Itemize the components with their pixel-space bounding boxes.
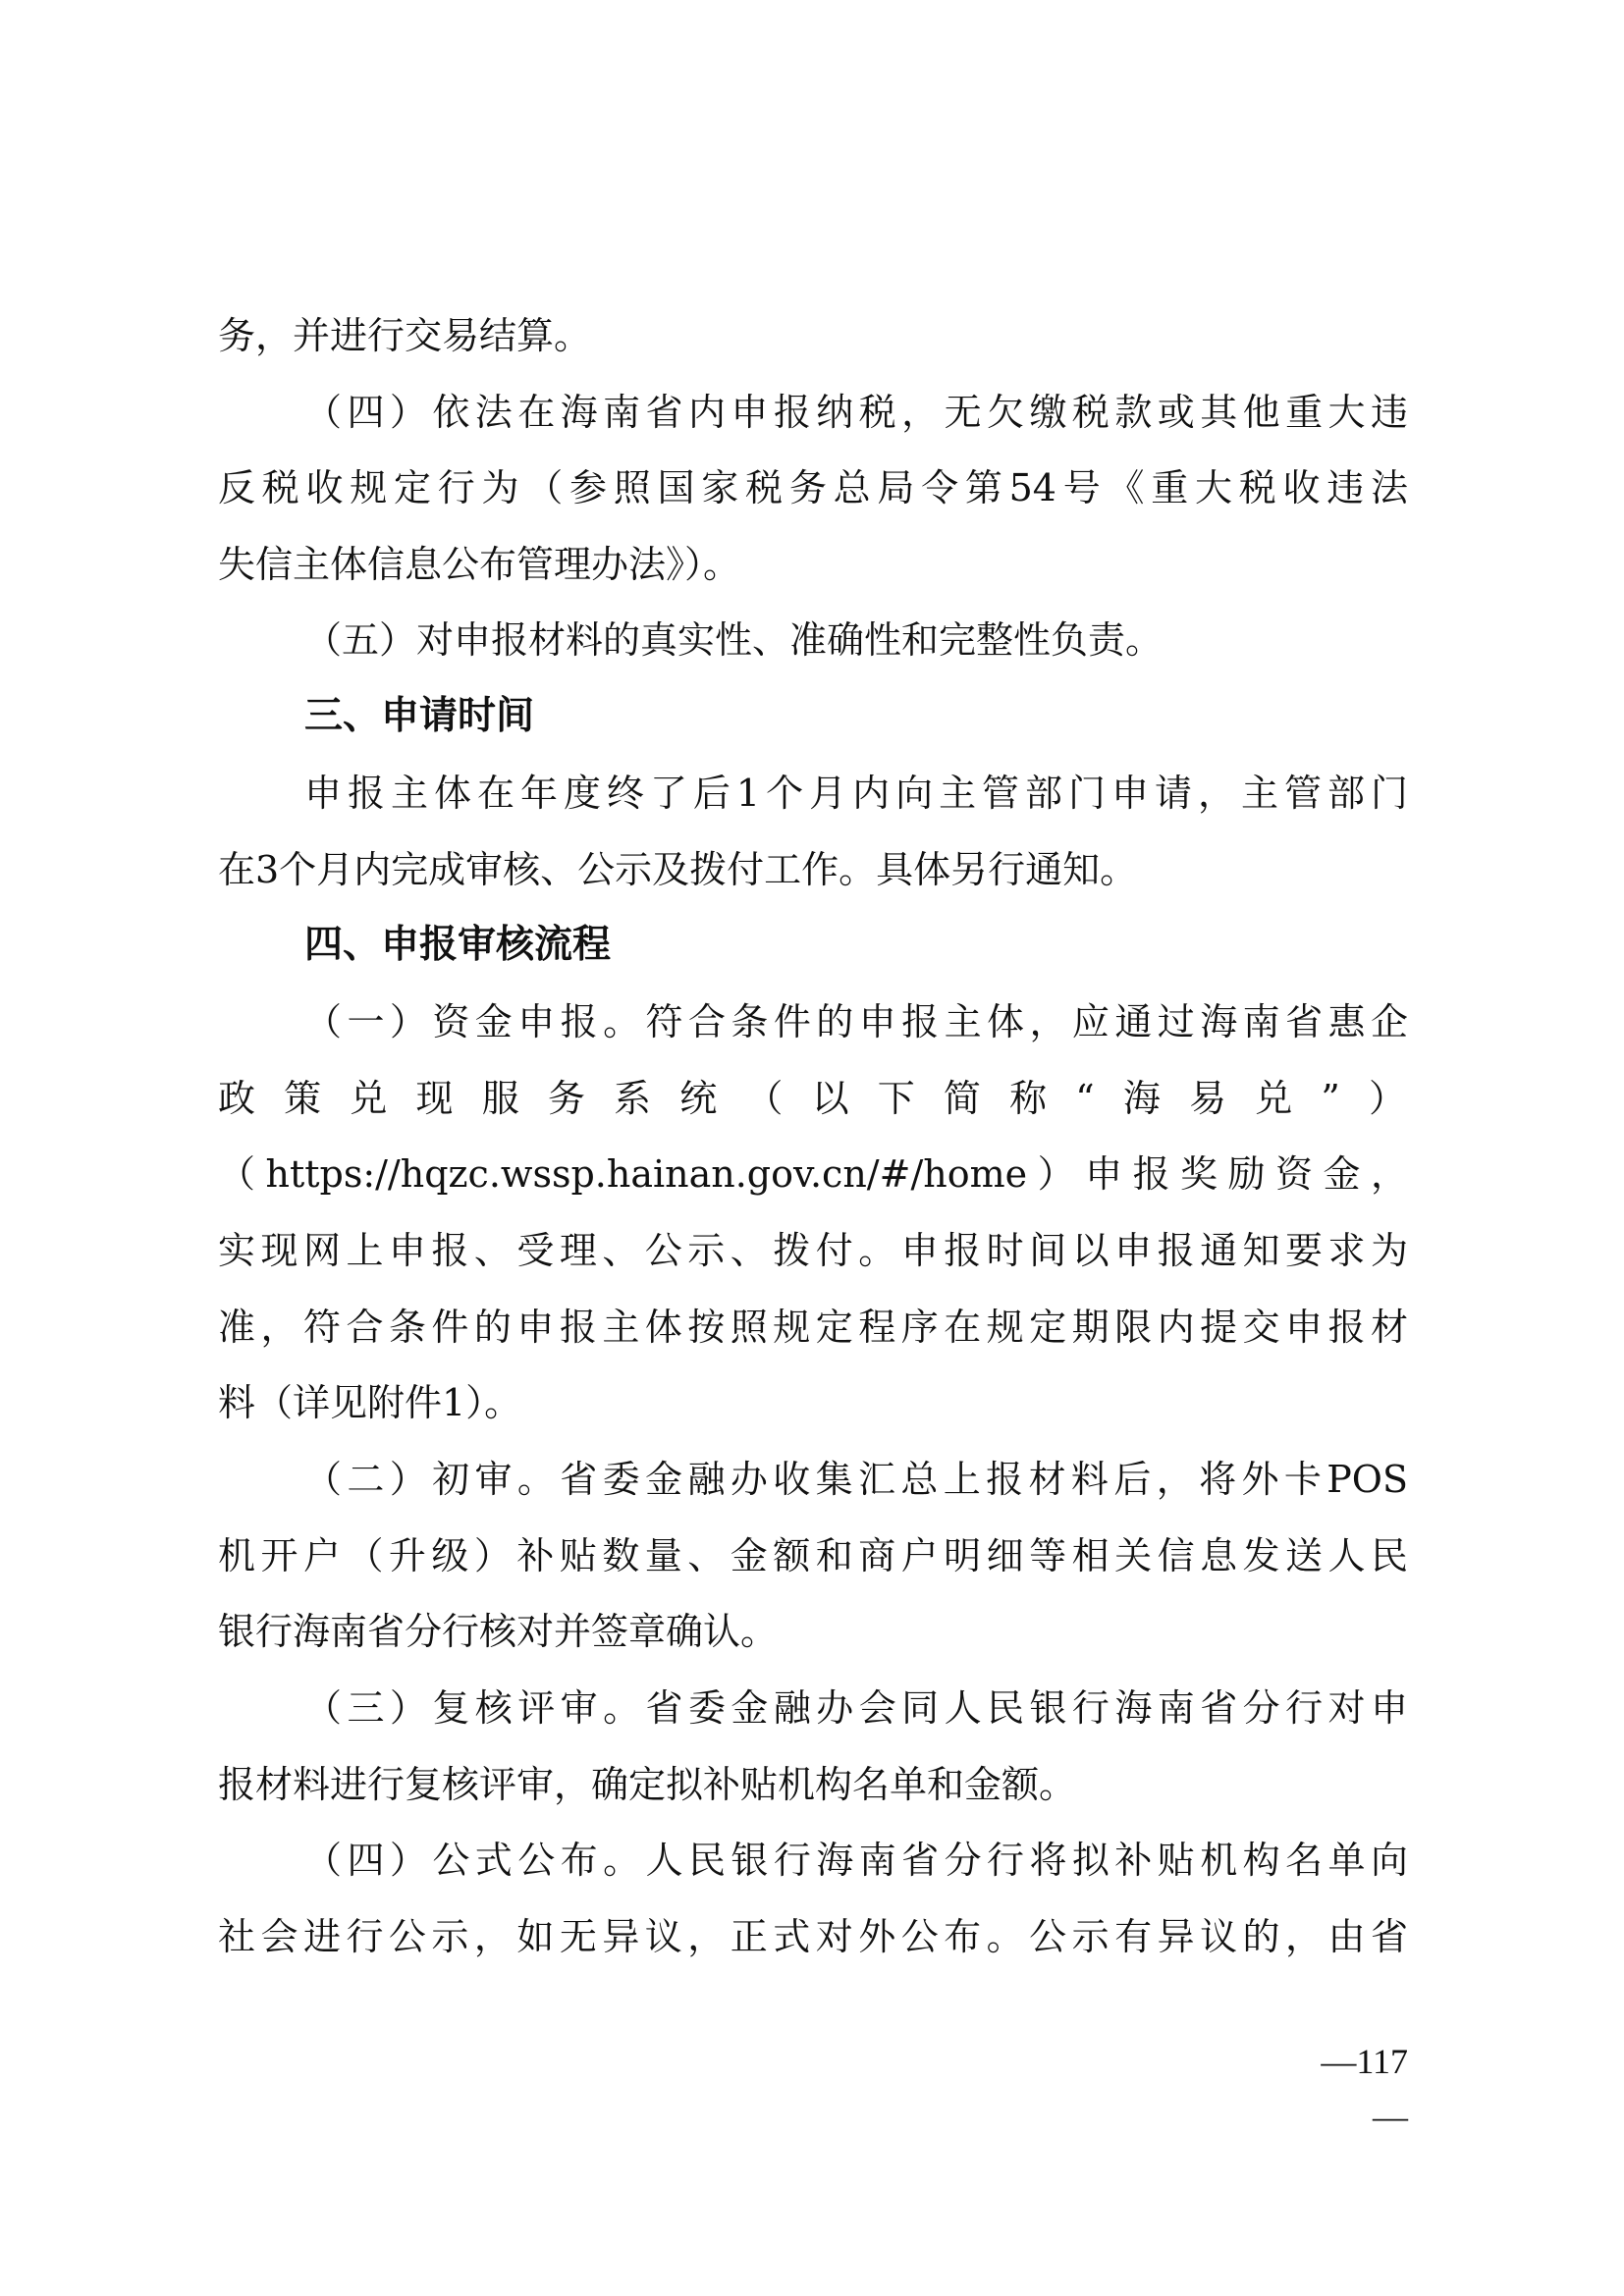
paragraph-start-line: （四）依法在海南省内申报纳税，无欠缴税款或其他重大违 — [218, 383, 1408, 442]
paragraph-start-line: （五）对申报材料的真实性、准确性和完整性负责。 — [218, 611, 1408, 669]
text-line: 务，并进行交易结算。 — [218, 306, 1408, 365]
text-line: 准，符合条件的申报主体按照规定程序在规定期限内提交申报材 — [218, 1298, 1408, 1357]
url-line: （https://hqzc.wssp.hainan.gov.cn/#/home）… — [218, 1145, 1408, 1203]
paragraph-start-line: （三）复核评审。省委金融办会同人民银行海南省分行对申 — [218, 1679, 1408, 1737]
paragraph-start-line: （一）资金申报。符合条件的申报主体，应通过海南省惠企 — [218, 992, 1408, 1051]
text-line: 社会进行公示，如无异议，正式对外公布。公示有异议的，由省 — [218, 1907, 1408, 1966]
text-line: 机开户（升级）补贴数量、金额和商户明细等相关信息发送人民 — [218, 1526, 1408, 1585]
text-line: 银行海南省分行核对并签章确认。 — [218, 1602, 1408, 1661]
section-heading-application-time: 三、申请时间 — [304, 687, 1286, 746]
text-line: 在3个月内完成审核、公示及拨付工作。具体另行通知。 — [218, 840, 1408, 899]
paragraph-start-line: 申报主体在年度终了后1个月内向主管部门申请，主管部门 — [218, 764, 1408, 823]
paragraph-start-line: （二）初审。省委金融办收集汇总上报材料后，将外卡POS — [218, 1450, 1408, 1509]
paragraph-start-line: （四）公式公布。人民银行海南省分行将拟补贴机构名单向 — [218, 1831, 1408, 1890]
text-line: 料（详见附件1）。 — [218, 1373, 1408, 1432]
text-line: 反税收规定行为（参照国家税务总局令第54号《重大税收违法 — [218, 458, 1408, 517]
document-page: 务，并进行交易结算。 （四）依法在海南省内申报纳税，无欠缴税款或其他重大违 反税… — [0, 0, 1624, 2296]
section-heading-review-process: 四、申报审核流程 — [304, 916, 1286, 975]
page-number: —117— — [1286, 2034, 1408, 2144]
text-line: 政策兑现服务系统（以下简称“海易兑”） — [218, 1069, 1408, 1128]
text-line: 报材料进行复核评审，确定拟补贴机构名单和金额。 — [218, 1755, 1408, 1814]
text-line: 失信主体信息公布管理办法》）。 — [218, 535, 1408, 594]
text-line: 实现网上申报、受理、公示、拨付。申报时间以申报通知要求为 — [218, 1221, 1408, 1280]
